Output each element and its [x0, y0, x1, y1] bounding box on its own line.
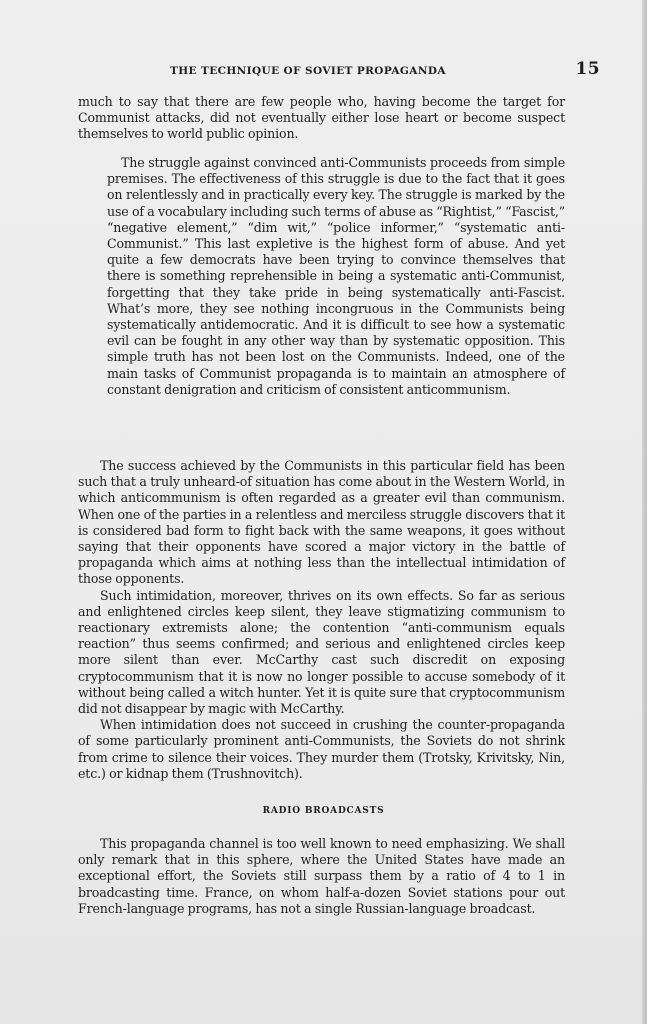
block-quote: The struggle against convinced anti-Comm… — [107, 155, 565, 398]
paragraph-crime: When intimidation does not succeed in cr… — [78, 717, 565, 782]
block-quote-text: The struggle against convinced anti-Comm… — [107, 155, 565, 398]
book-page: THE TECHNIQUE OF SOVIET PROPAGANDA 15 mu… — [0, 0, 642, 1024]
body-paragraphs: The success achieved by the Communists i… — [78, 458, 565, 782]
paragraph-success: The success achieved by the Communists i… — [78, 458, 565, 588]
continued-paragraph-block: much to say that there are few people wh… — [78, 94, 565, 143]
continued-paragraph: much to say that there are few people wh… — [78, 94, 565, 143]
paragraph-intimidation: Such intimidation, moreover, thrives on … — [78, 588, 565, 718]
page-number: 15 — [576, 59, 600, 79]
section-heading: RADIO BROADCASTS — [0, 806, 647, 816]
section-body: This propaganda channel is too well know… — [78, 836, 565, 917]
page-edge-shadow — [642, 0, 647, 1024]
running-title: THE TECHNIQUE OF SOVIET PROPAGANDA — [170, 65, 446, 77]
section-paragraph: This propaganda channel is too well know… — [78, 836, 565, 917]
